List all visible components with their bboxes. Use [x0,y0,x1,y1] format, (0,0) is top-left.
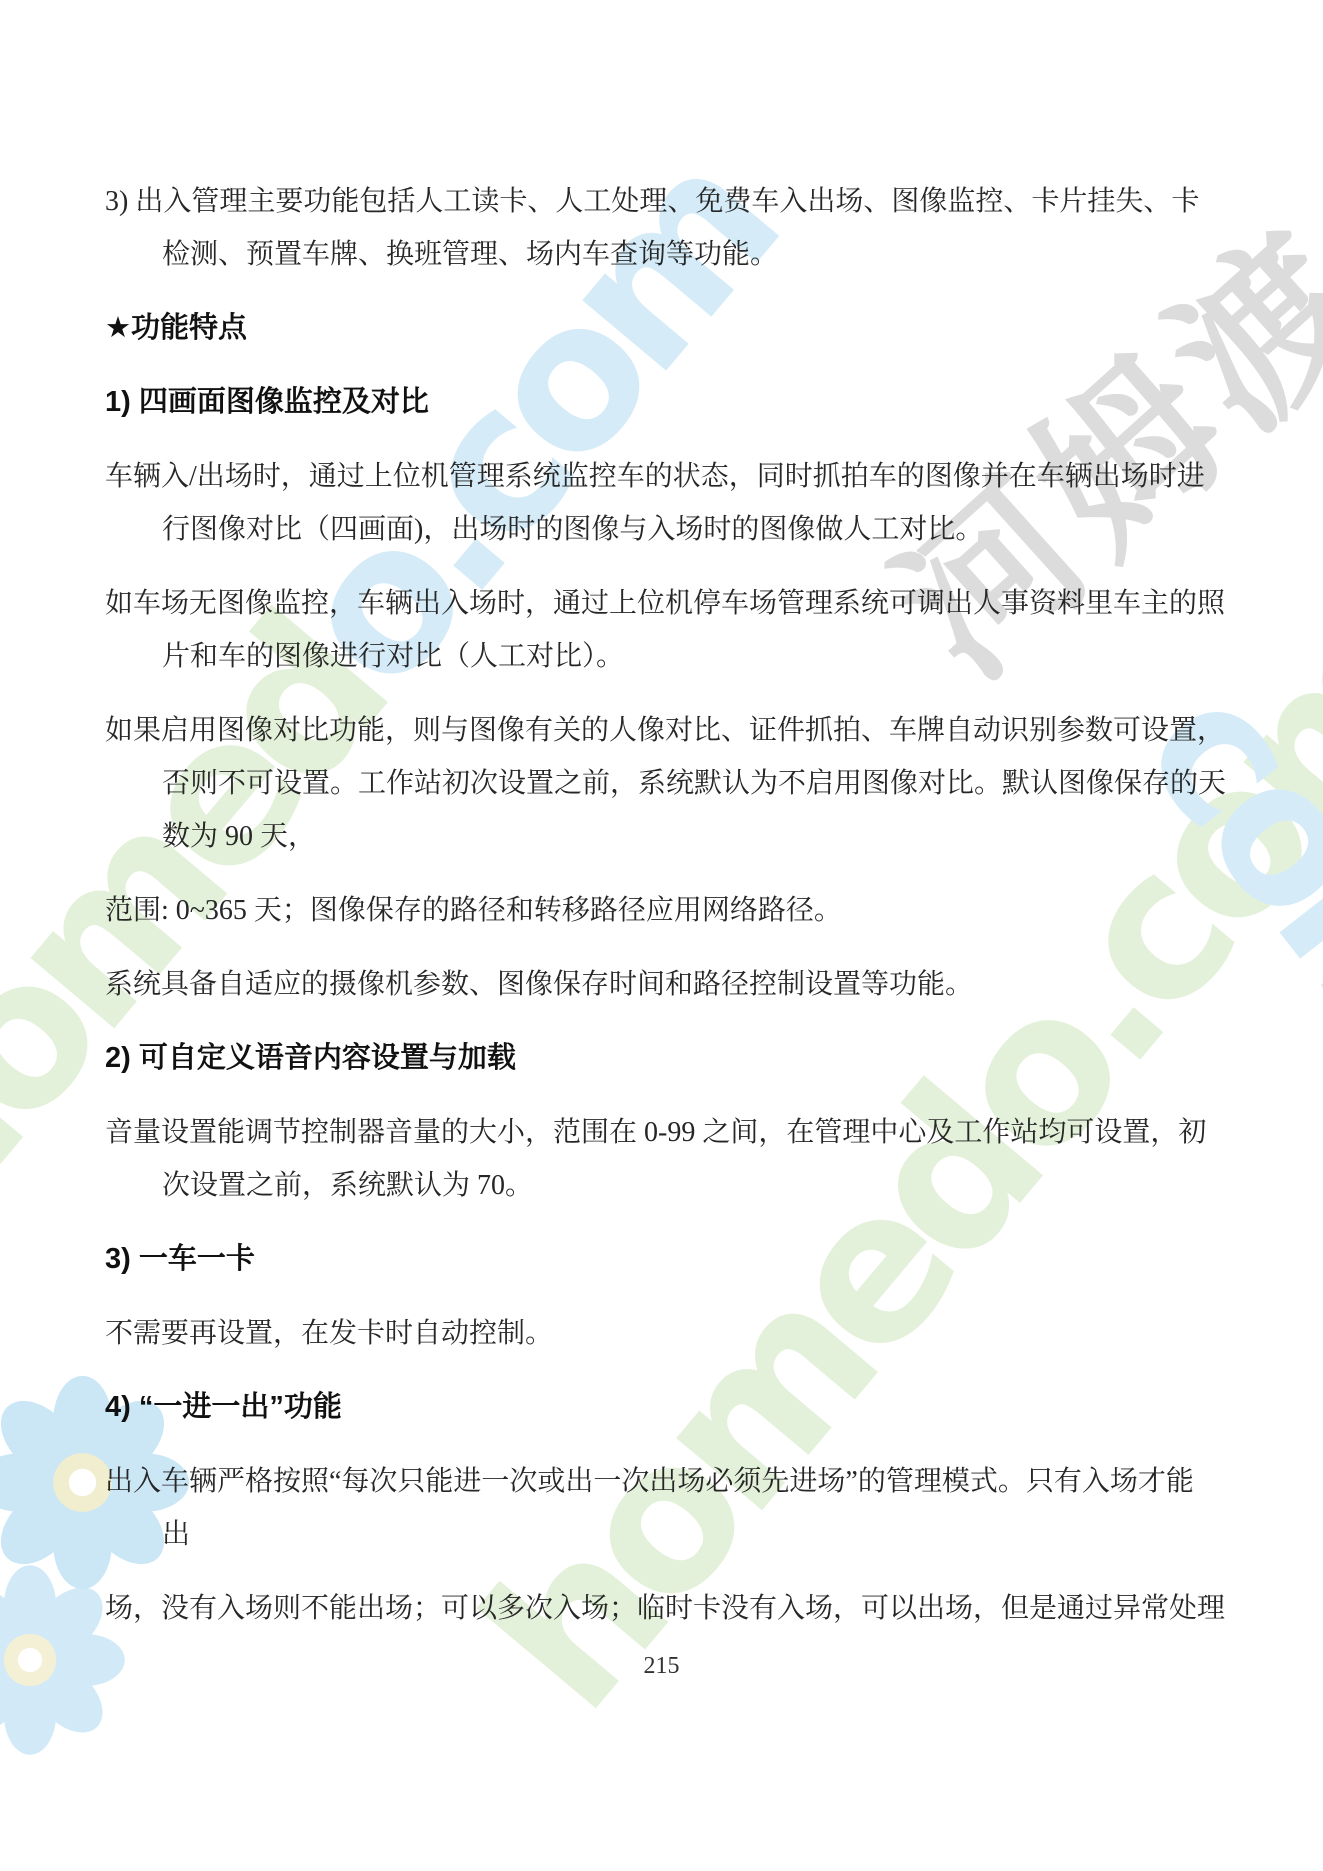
text-line: 4) “一进一出”功能 [105,1381,1233,1434]
text-line: 如车场无图像监控，车辆出入场时，通过上位机停车场管理系统可调出人事资料里车主的照 [105,577,1233,630]
document-page: homedo.com homedo.com com 河姆渡 [0,0,1323,1871]
paragraph: 车辆入/出场时，通过上位机管理系统监控车的状态，同时抓拍车的图像并在车辆出场时进… [105,450,1233,556]
text-line: 否则不可设置。工作站初次设置之前，系统默认为不启用图像对比。默认图像保存的天 [105,757,1233,810]
text-line: 场，没有入场则不能出场；可以多次入场；临时卡没有入场，可以出场，但是通过异常处理 [105,1582,1233,1635]
text-line: 3) 出入管理主要功能包括人工读卡、人工处理、免费车入出场、图像监控、卡片挂失、… [105,175,1233,228]
text-line: 1) 四画面图像监控及对比 [105,376,1233,429]
text-line: 范围: 0~365 天；图像保存的路径和转移路径应用网络路径。 [105,884,1233,937]
paragraph: 音量设置能调节控制器音量的大小，范围在 0-99 之间，在管理中心及工作站均可设… [105,1106,1233,1212]
page-number: 215 [0,1653,1323,1680]
document-body: 3) 出入管理主要功能包括人工读卡、人工处理、免费车入出场、图像监控、卡片挂失、… [0,0,1323,1635]
section-heading: 4) “一进一出”功能 [105,1381,1233,1434]
text-line: 出 [105,1508,1233,1561]
text-line: 车辆入/出场时，通过上位机管理系统监控车的状态，同时抓拍车的图像并在车辆出场时进 [105,450,1233,503]
text-line: 3) 一车一卡 [105,1233,1233,1286]
text-line: 行图像对比（四画面)，出场时的图像与入场时的图像做人工对比。 [105,503,1233,556]
text-line: 出入车辆严格按照“每次只能进一次或出一次出场必须先进场”的管理模式。只有入场才能 [105,1455,1233,1508]
paragraph: 3) 出入管理主要功能包括人工读卡、人工处理、免费车入出场、图像监控、卡片挂失、… [105,175,1233,281]
section-heading: 3) 一车一卡 [105,1233,1233,1286]
section-heading: 2) 可自定义语音内容设置与加载 [105,1032,1233,1085]
section-heading: ★功能特点 [105,302,1233,355]
text-line: 音量设置能调节控制器音量的大小，范围在 0-99 之间，在管理中心及工作站均可设… [105,1106,1233,1159]
paragraph: 场，没有入场则不能出场；可以多次入场；临时卡没有入场，可以出场，但是通过异常处理 [105,1582,1233,1635]
paragraph: 系统具备自适应的摄像机参数、图像保存时间和路径控制设置等功能。 [105,958,1233,1011]
text-line: 检测、预置车牌、换班管理、场内车查询等功能。 [105,228,1233,281]
paragraph: 不需要再设置，在发卡时自动控制。 [105,1307,1233,1360]
text-line: 片和车的图像进行对比（人工对比）。 [105,630,1233,683]
paragraph: 如果启用图像对比功能，则与图像有关的人像对比、证件抓拍、车牌自动识别参数可设置，… [105,704,1233,863]
text-line: 次设置之前，系统默认为 70。 [105,1159,1233,1212]
text-line: 2) 可自定义语音内容设置与加载 [105,1032,1233,1085]
paragraph: 范围: 0~365 天；图像保存的路径和转移路径应用网络路径。 [105,884,1233,937]
paragraph: 如车场无图像监控，车辆出入场时，通过上位机停车场管理系统可调出人事资料里车主的照… [105,577,1233,683]
text-line: 如果启用图像对比功能，则与图像有关的人像对比、证件抓拍、车牌自动识别参数可设置， [105,704,1233,757]
section-heading: 1) 四画面图像监控及对比 [105,376,1233,429]
text-line: 数为 90 天， [105,810,1233,863]
text-line: 系统具备自适应的摄像机参数、图像保存时间和路径控制设置等功能。 [105,958,1233,1011]
text-line: 不需要再设置，在发卡时自动控制。 [105,1307,1233,1360]
paragraph: 出入车辆严格按照“每次只能进一次或出一次出场必须先进场”的管理模式。只有入场才能… [105,1455,1233,1561]
text-line: ★功能特点 [105,302,1233,355]
